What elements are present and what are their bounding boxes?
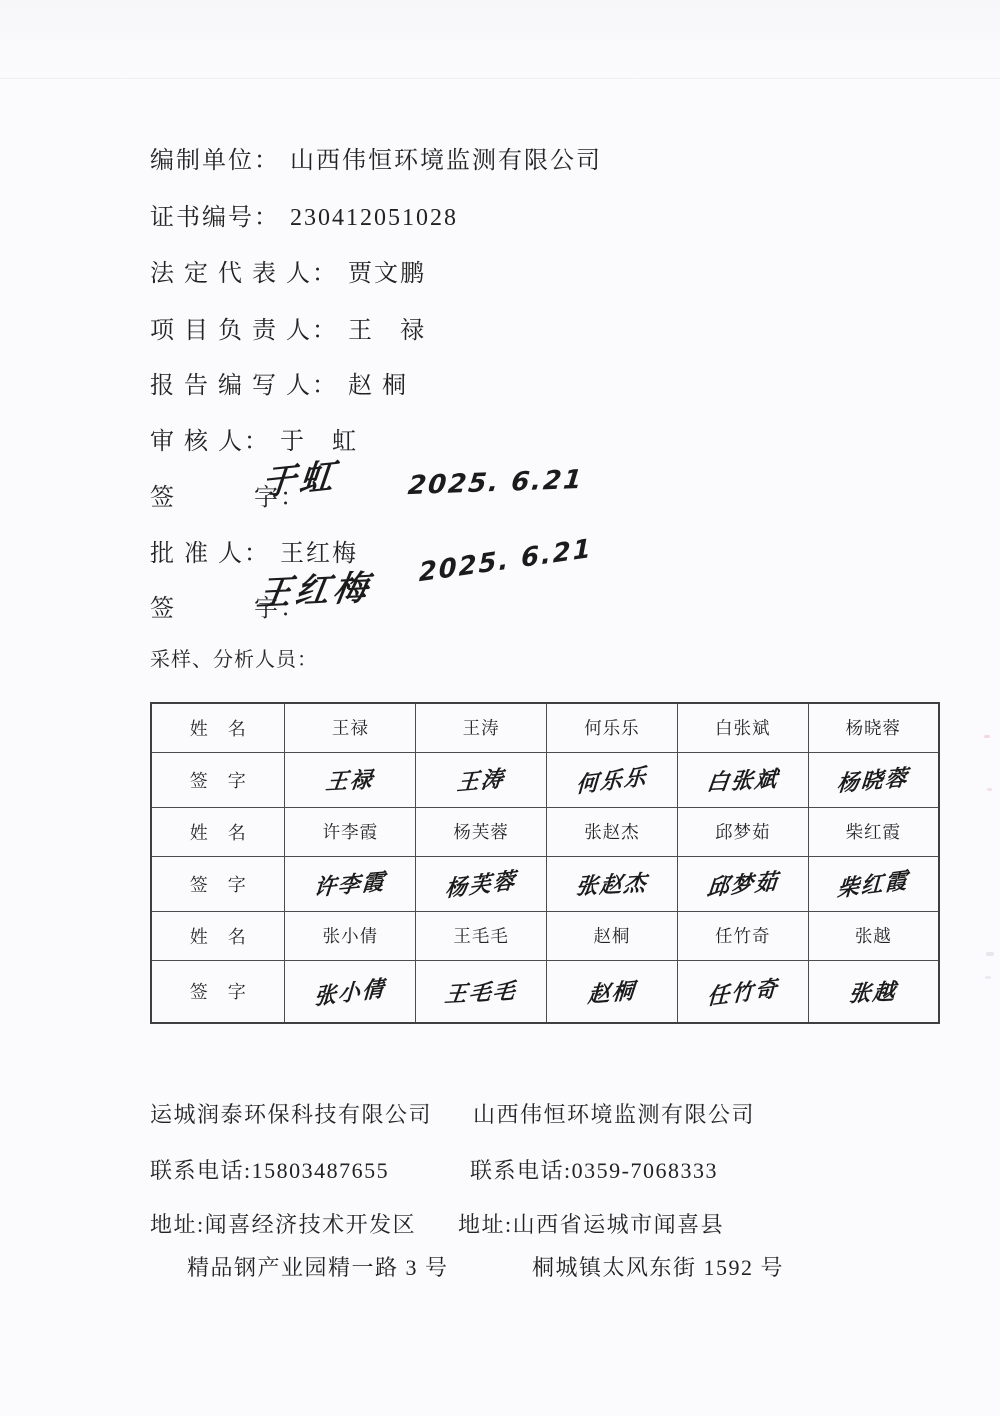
footer-left-phone: 联系电话:15803487655: [150, 1154, 389, 1185]
row-label-cell: 签 字: [151, 960, 285, 1023]
row-label-cell: 姓 名: [151, 703, 285, 752]
footer-right-address-line1: 地址:山西省运城市闻喜县: [458, 1208, 724, 1239]
field-label: 项 目 负 责 人：: [150, 318, 338, 344]
person-signature-cell: 许李霞: [285, 856, 416, 911]
field-value: 山西伟恒环境监测有限公司: [290, 148, 602, 174]
person-handwritten-signature: 杨晓蓉: [836, 761, 910, 799]
person-handwritten-signature: 柴红霞: [837, 863, 910, 903]
field-value: 赵 桐: [348, 373, 408, 399]
scan-artifact: [985, 976, 991, 979]
person-handwritten-signature: 邱梦茹: [705, 865, 779, 903]
personnel-name-row: 姓 名王禄王涛何乐乐白张斌杨晓蓉: [151, 703, 939, 752]
person-name-cell: 王禄: [285, 703, 416, 752]
person-name-cell: 张越: [808, 911, 939, 960]
person-handwritten-signature: 王涛: [456, 762, 507, 798]
footer-right-company: 山西伟恒环境监测有限公司: [473, 1098, 755, 1129]
personnel-name-row: 姓 名张小倩王毛毛赵桐任竹奇张越: [151, 911, 939, 960]
person-handwritten-signature: 白张斌: [705, 762, 781, 797]
personnel-name-row: 姓 名许李霞杨芙蓉张赵杰邱梦茹柴红霞: [151, 807, 939, 856]
person-name-cell: 张赵杰: [547, 807, 678, 856]
footer-left-company: 运城润泰环保科技有限公司: [150, 1098, 432, 1129]
personnel-signature-row: 签 字张小倩王毛毛赵桐任竹奇张越: [151, 960, 939, 1023]
person-name-cell: 杨芙蓉: [416, 807, 547, 856]
field-report-writer: 报 告 编 写 人：赵 桐: [150, 365, 408, 400]
field-compiling-unit: 编制单位：山西伟恒环境监测有限公司: [150, 140, 602, 175]
person-name-cell: 柴红霞: [808, 807, 939, 856]
personnel-table: 姓 名王禄王涛何乐乐白张斌杨晓蓉签 字王禄王涛何乐乐白张斌杨晓蓉姓 名许李霞杨芙…: [150, 702, 940, 1024]
person-handwritten-signature: 赵桐: [587, 973, 638, 1009]
footer-left-address-line1: 地址:闻喜经济技术开发区: [150, 1208, 416, 1239]
person-handwritten-signature: 何乐乐: [575, 759, 648, 799]
scan-artifact: [987, 788, 992, 791]
person-signature-cell: 王涛: [416, 752, 547, 807]
person-signature-cell: 柴红霞: [808, 856, 939, 911]
row-label-cell: 姓 名: [151, 911, 285, 960]
row-label-cell: 姓 名: [151, 807, 285, 856]
person-signature-cell: 张赵杰: [547, 856, 678, 911]
footer-right-phone: 联系电话:0359-7068333: [470, 1154, 718, 1185]
reviewer-sign-date: 2025. 6.21: [406, 465, 585, 501]
person-signature-cell: 任竹奇: [677, 960, 808, 1023]
person-name-cell: 白张斌: [677, 703, 808, 752]
field-value: 王 禄: [348, 318, 426, 344]
person-signature-cell: 赵桐: [547, 960, 678, 1023]
personnel-signature-row: 签 字王禄王涛何乐乐白张斌杨晓蓉: [151, 752, 939, 807]
field-certificate-number: 证书编号：230412051028: [150, 197, 458, 232]
person-signature-cell: 张小倩: [285, 960, 416, 1023]
field-label: 报 告 编 写 人：: [150, 373, 338, 399]
row-label-cell: 签 字: [151, 856, 285, 911]
person-name-cell: 邱梦茹: [677, 807, 808, 856]
field-value: 230412051028: [290, 205, 458, 231]
scan-edge-band: [0, 0, 1000, 79]
person-signature-cell: 杨晓蓉: [808, 752, 939, 807]
person-handwritten-signature: 许李霞: [313, 865, 387, 903]
person-signature-cell: 邱梦茹: [677, 856, 808, 911]
person-name-cell: 赵桐: [547, 911, 678, 960]
approver-sign-date: 2025. 6.21: [419, 534, 593, 589]
person-handwritten-signature: 王毛毛: [443, 974, 519, 1009]
person-name-cell: 王毛毛: [416, 911, 547, 960]
approver-handwritten-signature: 王红梅: [254, 560, 376, 615]
field-label: 批 准 人：: [150, 541, 270, 567]
field-label: 证书编号：: [150, 205, 280, 231]
scan-artifact: [986, 952, 994, 956]
reviewer-handwritten-signature: 于虹: [260, 448, 341, 506]
person-name-cell: 张小倩: [285, 911, 416, 960]
person-name-cell: 杨晓蓉: [808, 703, 939, 752]
field-label: 法 定 代 表 人：: [150, 261, 338, 287]
field-project-leader: 项 目 负 责 人：王 禄: [150, 310, 426, 345]
field-label: 编制单位：: [150, 148, 280, 174]
personnel-signature-row: 签 字许李霞杨芙蓉张赵杰邱梦茹柴红霞: [151, 856, 939, 911]
footer-right-address-line2: 桐城镇太风东街 1592 号: [532, 1251, 784, 1282]
person-handwritten-signature: 张赵杰: [574, 866, 650, 901]
scanned-report-page: 编制单位：山西伟恒环境监测有限公司 证书编号：230412051028 法 定 …: [0, 0, 1000, 1416]
footer-left-address-line2: 精品钢产业园精一路 3 号: [187, 1251, 449, 1282]
person-name-cell: 许李霞: [285, 807, 416, 856]
personnel-section-heading: 采样、分析人员：: [150, 643, 318, 672]
person-name-cell: 任竹奇: [677, 911, 808, 960]
person-handwritten-signature: 张小倩: [314, 971, 387, 1011]
scan-artifact: [984, 735, 990, 738]
field-legal-representative: 法 定 代 表 人：贾文鹏: [150, 253, 426, 288]
field-value: 贾文鹏: [348, 261, 426, 287]
row-label-cell: 签 字: [151, 752, 285, 807]
person-signature-cell: 杨芙蓉: [416, 856, 547, 911]
person-name-cell: 何乐乐: [547, 703, 678, 752]
person-name-cell: 王涛: [416, 703, 547, 752]
person-handwritten-signature: 王禄: [324, 763, 376, 797]
person-signature-cell: 王毛毛: [416, 960, 547, 1023]
person-signature-cell: 张越: [808, 960, 939, 1023]
person-signature-cell: 白张斌: [677, 752, 808, 807]
field-label: 审 核 人：: [150, 429, 270, 455]
person-signature-cell: 何乐乐: [547, 752, 678, 807]
person-signature-cell: 王禄: [285, 752, 416, 807]
person-handwritten-signature: 任竹奇: [706, 971, 779, 1011]
person-handwritten-signature: 杨芙蓉: [445, 863, 518, 903]
person-handwritten-signature: 张越: [847, 974, 899, 1008]
